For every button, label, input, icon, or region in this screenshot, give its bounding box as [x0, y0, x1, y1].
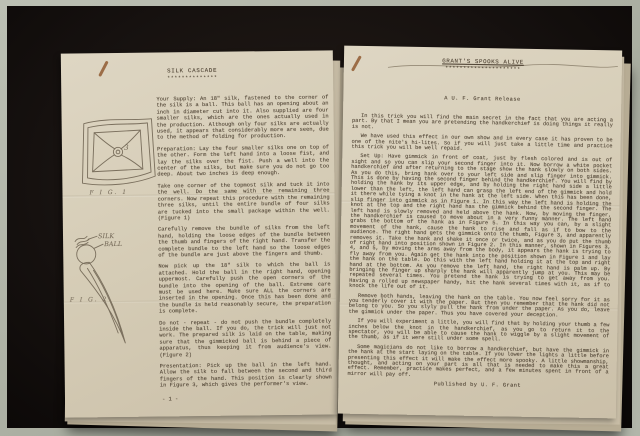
- photo-of-documents: { "photo": { "frame_color": "#aeb2a5", "…: [0, 0, 640, 436]
- paragraph: Some magicians do not like to borrow a h…: [347, 345, 609, 382]
- paragraph: Your Supply: An 18" silk, fastened to th…: [156, 94, 329, 141]
- page-title: SILK CASCADE: [167, 67, 217, 75]
- title-underline-asterisks: **************: [167, 75, 217, 82]
- paragraph: Now pick up the 18" silk to which the ba…: [158, 262, 331, 315]
- right-page-stack: GRANT'S SPOOKS ALIVE *******************…: [341, 48, 619, 416]
- photo-background: SILK CASCADE ************** 3 F I G. 1: [7, 6, 632, 428]
- figure2-label: F I G. 2: [70, 296, 109, 303]
- paragraph: Presentation: Pick up the ball in the le…: [160, 361, 332, 389]
- figure1-label: F I G. 1: [89, 189, 128, 196]
- figure1-annotation: 3: [124, 143, 129, 152]
- paragraph: Remove both hands, leaving the hank on t…: [349, 293, 610, 319]
- left-page-stack: SILK CASCADE ************** 3 F I G. 1: [63, 52, 335, 416]
- paragraph: We have used this effect in our own show…: [351, 134, 612, 155]
- paragraph: Do not - repeat - do not push the bundle…: [159, 318, 331, 359]
- figure2-silk-label: SILK: [98, 232, 115, 240]
- page-number: - 1 -: [162, 394, 332, 402]
- figure2-ball-silk-diagram: SILK BALL: [71, 231, 139, 356]
- left-page: SILK CASCADE ************** 3 F I G. 1: [61, 50, 337, 417]
- paragraph: Set Up: Have gimmick in front of coat, j…: [349, 154, 612, 294]
- paragraph: Preparation: Lay the four smaller silks …: [157, 144, 329, 178]
- pencil-check-mark: [98, 61, 108, 77]
- left-page-body: Your Supply: An 18" silk, fastened to th…: [156, 94, 332, 402]
- paragraph: Carefully remove the bundle of silks fro…: [158, 225, 330, 259]
- figure1-silk-fold-diagram: 3: [78, 112, 159, 193]
- paragraph: If you will experiment a little, you wil…: [348, 319, 609, 345]
- right-page-body: In this trick you will find the main sec…: [347, 114, 613, 386]
- paragraph: Take one corner of the topmost silk and …: [157, 181, 329, 222]
- paragraph: In this trick you will find the main sec…: [352, 114, 613, 135]
- figure2-ball-label: BALL: [103, 240, 122, 248]
- byline: A U. F. Grant Release: [343, 94, 621, 105]
- right-page: GRANT'S SPOOKS ALIVE *******************…: [338, 46, 622, 419]
